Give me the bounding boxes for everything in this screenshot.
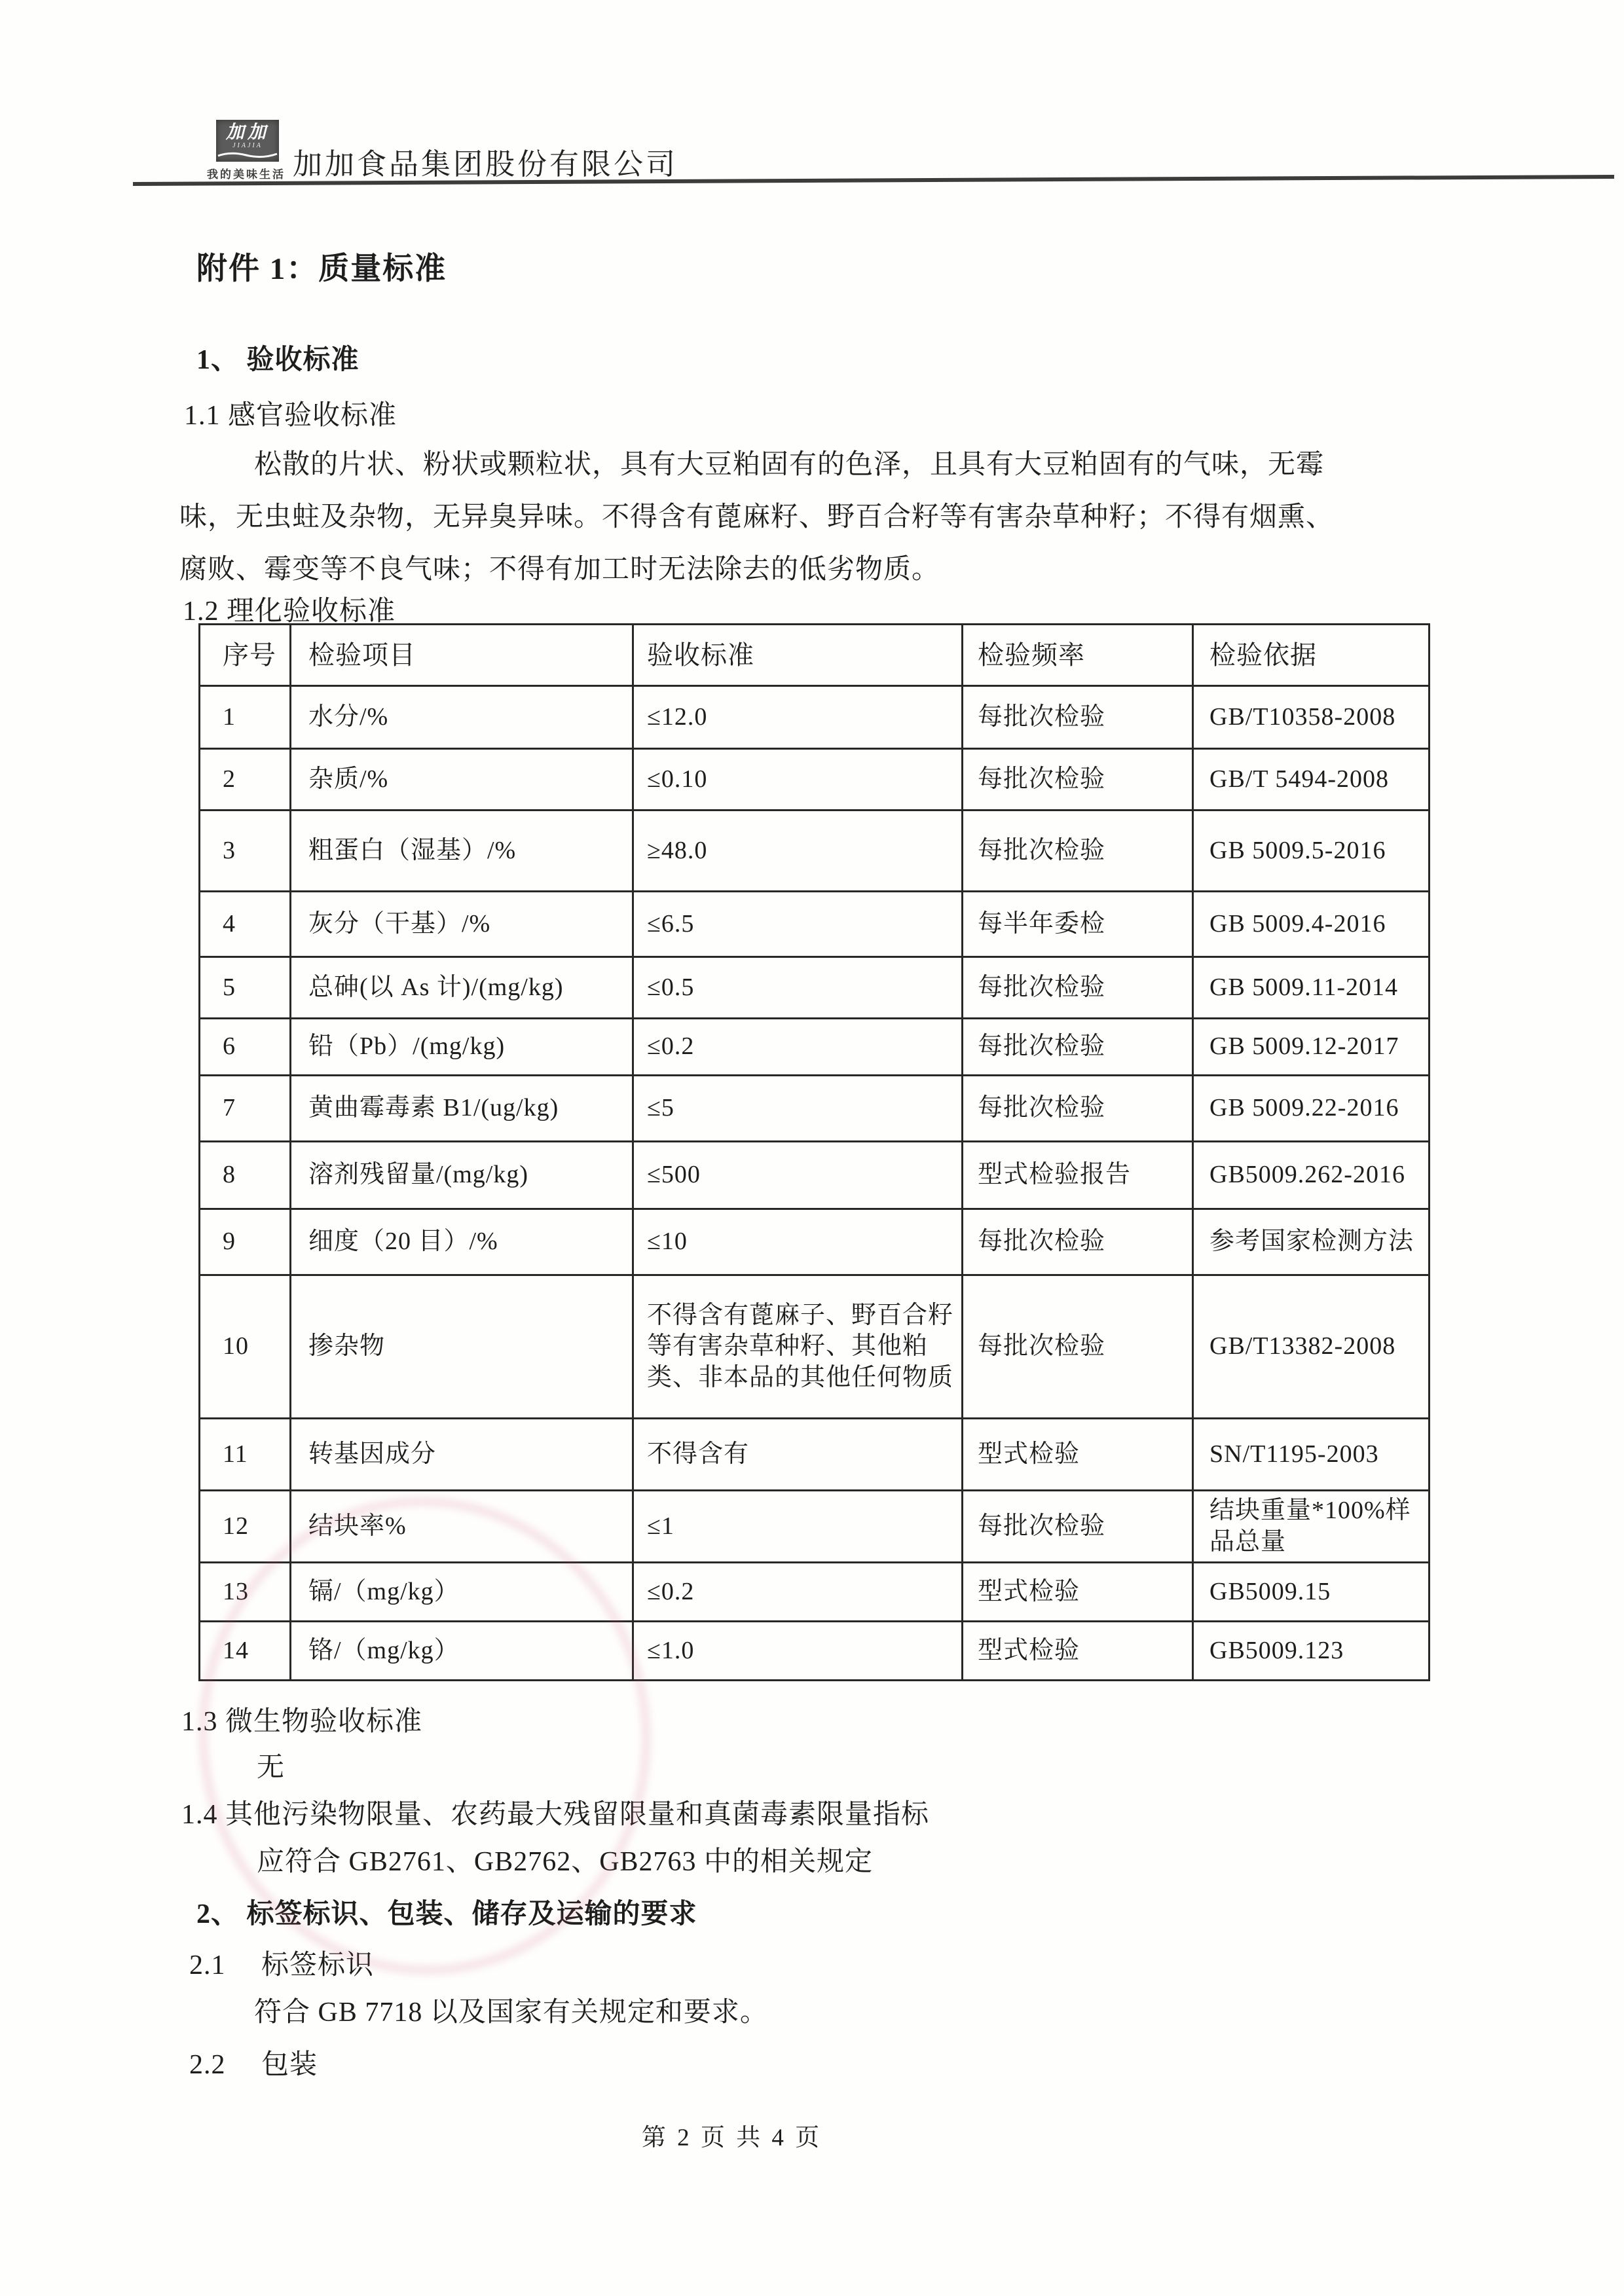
table-header-cell: 验收标准 [633, 625, 963, 686]
document-page: 加加 JIAJIA 我的美味生活 加加食品集团股份有限公司 附件 1：质量标准 … [0, 0, 1624, 2296]
table-row: 6铅（Pb）/(mg/kg)≤0.2每批次检验GB 5009.12-2017 [200, 1019, 1430, 1076]
table-cell: ≤5 [633, 1076, 963, 1142]
table-header-row: 序号检验项目验收标准检验频率检验依据 [200, 625, 1430, 686]
table-cell: 8 [200, 1142, 291, 1209]
table-cell: 型式检验报告 [963, 1142, 1193, 1209]
table-cell: 参考国家检测方法 [1193, 1209, 1430, 1275]
table-cell: 5 [200, 957, 291, 1019]
table-cell: 水分/% [291, 686, 633, 749]
table-cell: 11 [200, 1419, 291, 1491]
table-row: 9细度（20 目）/%≤10每批次检验参考国家检测方法 [200, 1209, 1430, 1275]
table-cell: 不得含有蓖麻子、野百合籽等有害杂草种籽、其他粕类、非本品的其他任何物质 [633, 1275, 963, 1419]
table-cell: 细度（20 目）/% [291, 1209, 633, 1275]
table-cell: ≤0.2 [633, 1563, 963, 1622]
table-cell: 2 [200, 749, 291, 811]
section-1-4-heading: 1.4 其他污染物限量、农药最大残留限量和真菌毒素限量指标 [181, 1793, 929, 1832]
table-cell: GB/T13382-2008 [1193, 1275, 1430, 1419]
table-cell: GB 5009.4-2016 [1193, 892, 1430, 957]
table-cell: ≤500 [633, 1142, 963, 1209]
table-cell: 13 [200, 1563, 291, 1622]
table-cell: GB 5009.5-2016 [1193, 811, 1430, 892]
table-cell: ≥48.0 [633, 811, 963, 892]
table-cell: ≤12.0 [633, 686, 963, 749]
table-row: 1水分/%≤12.0每批次检验GB/T10358-2008 [200, 686, 1430, 749]
section-2-1-content: 符合 GB 7718 以及国家有关规定和要求。 [254, 1990, 768, 2030]
table-row: 7黄曲霉毒素 B1/(ug/kg)≤5每批次检验GB 5009.22-2016 [200, 1076, 1430, 1142]
table-cell: 每半年委检 [963, 892, 1193, 957]
table-cell: ≤10 [633, 1209, 963, 1275]
company-name: 加加食品集团股份有限公司 [293, 140, 678, 183]
table-cell: 总砷(以 As 计)/(mg/kg) [291, 957, 633, 1019]
table-cell: 6 [200, 1019, 291, 1076]
table-cell: 灰分（干基）/% [291, 892, 633, 957]
table-cell: ≤0.10 [633, 749, 963, 811]
table-cell: 1 [200, 686, 291, 749]
table-cell: 10 [200, 1275, 291, 1419]
table-cell: 粗蛋白（湿基）/% [291, 811, 633, 892]
section-1-4-content: 应符合 GB2761、GB2762、GB2763 中的相关规定 [257, 1840, 873, 1879]
table-header-cell: 检验频率 [963, 625, 1193, 686]
table-cell: ≤0.5 [633, 957, 963, 1019]
table-cell: 结块率% [291, 1491, 633, 1563]
table-cell: 杂质/% [291, 749, 633, 811]
table-row: 3粗蛋白（湿基）/%≥48.0每批次检验GB 5009.5-2016 [200, 811, 1430, 892]
sensory-paragraph-line-1: 松散的片状、粉状或颗粒状，具有大豆粕固有的色泽，且具有大豆粕固有的气味，无霉 [254, 443, 1324, 482]
table-cell: 每批次检验 [963, 749, 1193, 811]
table-cell: GB5009.262-2016 [1193, 1142, 1430, 1209]
table-row: 5总砷(以 As 计)/(mg/kg)≤0.5每批次检验GB 5009.11-2… [200, 957, 1430, 1019]
company-logo: 加加 JIAJIA [216, 120, 279, 162]
logo-wave-icon [217, 151, 278, 158]
table-cell: 结块重量*100%样品总量 [1193, 1491, 1430, 1563]
table-cell: 每批次检验 [963, 1076, 1193, 1142]
sensory-paragraph-line-3: 腐败、霉变等不良气味；不得有加工时无法除去的低劣物质。 [179, 547, 940, 587]
table-cell: 9 [200, 1209, 291, 1275]
table-cell: 型式检验 [963, 1622, 1193, 1681]
table-cell: 每批次检验 [963, 957, 1193, 1019]
table-cell: 7 [200, 1076, 291, 1142]
table-row: 14铬/（mg/kg）≤1.0型式检验GB5009.123 [200, 1622, 1430, 1681]
section-2-heading: 2、 标签标识、包装、储存及运输的要求 [196, 1892, 697, 1931]
table-cell: 每批次检验 [963, 811, 1193, 892]
table-cell: 每批次检验 [963, 1491, 1193, 1563]
table-cell: SN/T1195-2003 [1193, 1419, 1430, 1491]
table-cell: ≤1 [633, 1491, 963, 1563]
table-cell: ≤1.0 [633, 1622, 963, 1681]
section-1-3-content: 无 [257, 1745, 285, 1785]
table-row: 13镉/（mg/kg）≤0.2型式检验GB5009.15 [200, 1563, 1430, 1622]
table-cell: 转基因成分 [291, 1419, 633, 1491]
table-cell: 每批次检验 [963, 1209, 1193, 1275]
table-cell: 掺杂物 [291, 1275, 633, 1419]
section-1-3-heading: 1.3 微生物验收标准 [181, 1700, 422, 1739]
sensory-paragraph-line-2: 味，无虫蛀及杂物，无异臭异味。不得含有蓖麻籽、野百合籽等有害杂草种籽；不得有烟熏… [179, 495, 1334, 534]
section-1-2-heading: 1.2 理化验收标准 [183, 589, 396, 629]
table-cell: ≤0.2 [633, 1019, 963, 1076]
table-cell: 铅（Pb）/(mg/kg) [291, 1019, 633, 1076]
table-cell: GB5009.123 [1193, 1622, 1430, 1681]
table-header-cell: 检验依据 [1193, 625, 1430, 686]
table-cell: GB/T 5494-2008 [1193, 749, 1430, 811]
table-cell: GB 5009.11-2014 [1193, 957, 1430, 1019]
table-cell: 每批次检验 [963, 1019, 1193, 1076]
table-cell: 镉/（mg/kg） [291, 1563, 633, 1622]
section-2-2-heading: 2.2 包装 [189, 2043, 318, 2082]
attachment-title: 附件 1：质量标准 [196, 244, 447, 288]
section-2-1-heading: 2.1 标签标识 [189, 1943, 374, 1982]
table-cell: 14 [200, 1622, 291, 1681]
table-cell: GB 5009.12-2017 [1193, 1019, 1430, 1076]
table-cell: GB/T10358-2008 [1193, 686, 1430, 749]
table-cell: 不得含有 [633, 1419, 963, 1491]
table-cell: 3 [200, 811, 291, 892]
table-header-cell: 序号 [200, 625, 291, 686]
table-row: 4灰分（干基）/%≤6.5每半年委检GB 5009.4-2016 [200, 892, 1430, 957]
table-cell: 型式检验 [963, 1563, 1193, 1622]
logo-slogan: 我的美味生活 [207, 165, 286, 181]
table-row: 11转基因成分不得含有型式检验SN/T1195-2003 [200, 1419, 1430, 1491]
table-cell: 每批次检验 [963, 686, 1193, 749]
page-footer: 第 2 页 共 4 页 [0, 2117, 1464, 2153]
table-cell: 黄曲霉毒素 B1/(ug/kg) [291, 1076, 633, 1142]
table-cell: 4 [200, 892, 291, 957]
table-row: 2杂质/%≤0.10每批次检验GB/T 5494-2008 [200, 749, 1430, 811]
table-row: 12结块率%≤1每批次检验结块重量*100%样品总量 [200, 1491, 1430, 1563]
table-header-cell: 检验项目 [291, 625, 633, 686]
table-cell: 溶剂残留量/(mg/kg) [291, 1142, 633, 1209]
table-cell: GB 5009.22-2016 [1193, 1076, 1430, 1142]
table-cell: 每批次检验 [963, 1275, 1193, 1419]
logo-subtext: JIAJIA [232, 142, 263, 150]
table-cell: ≤6.5 [633, 892, 963, 957]
table-cell: 铬/（mg/kg） [291, 1622, 633, 1681]
table-cell: 型式检验 [963, 1419, 1193, 1491]
table-row: 10掺杂物不得含有蓖麻子、野百合籽等有害杂草种籽、其他粕类、非本品的其他任何物质… [200, 1275, 1430, 1419]
table-cell: 12 [200, 1491, 291, 1563]
table-cell: GB5009.15 [1193, 1563, 1430, 1622]
section-1-heading: 1、 验收标准 [196, 338, 360, 377]
logo-text: 加加 [226, 124, 269, 142]
section-1-1-heading: 1.1 感官验收标准 [184, 393, 397, 433]
table-row: 8溶剂残留量/(mg/kg)≤500型式检验报告GB5009.262-2016 [200, 1142, 1430, 1209]
quality-standards-table: 序号检验项目验收标准检验频率检验依据1水分/%≤12.0每批次检验GB/T103… [198, 623, 1430, 1681]
